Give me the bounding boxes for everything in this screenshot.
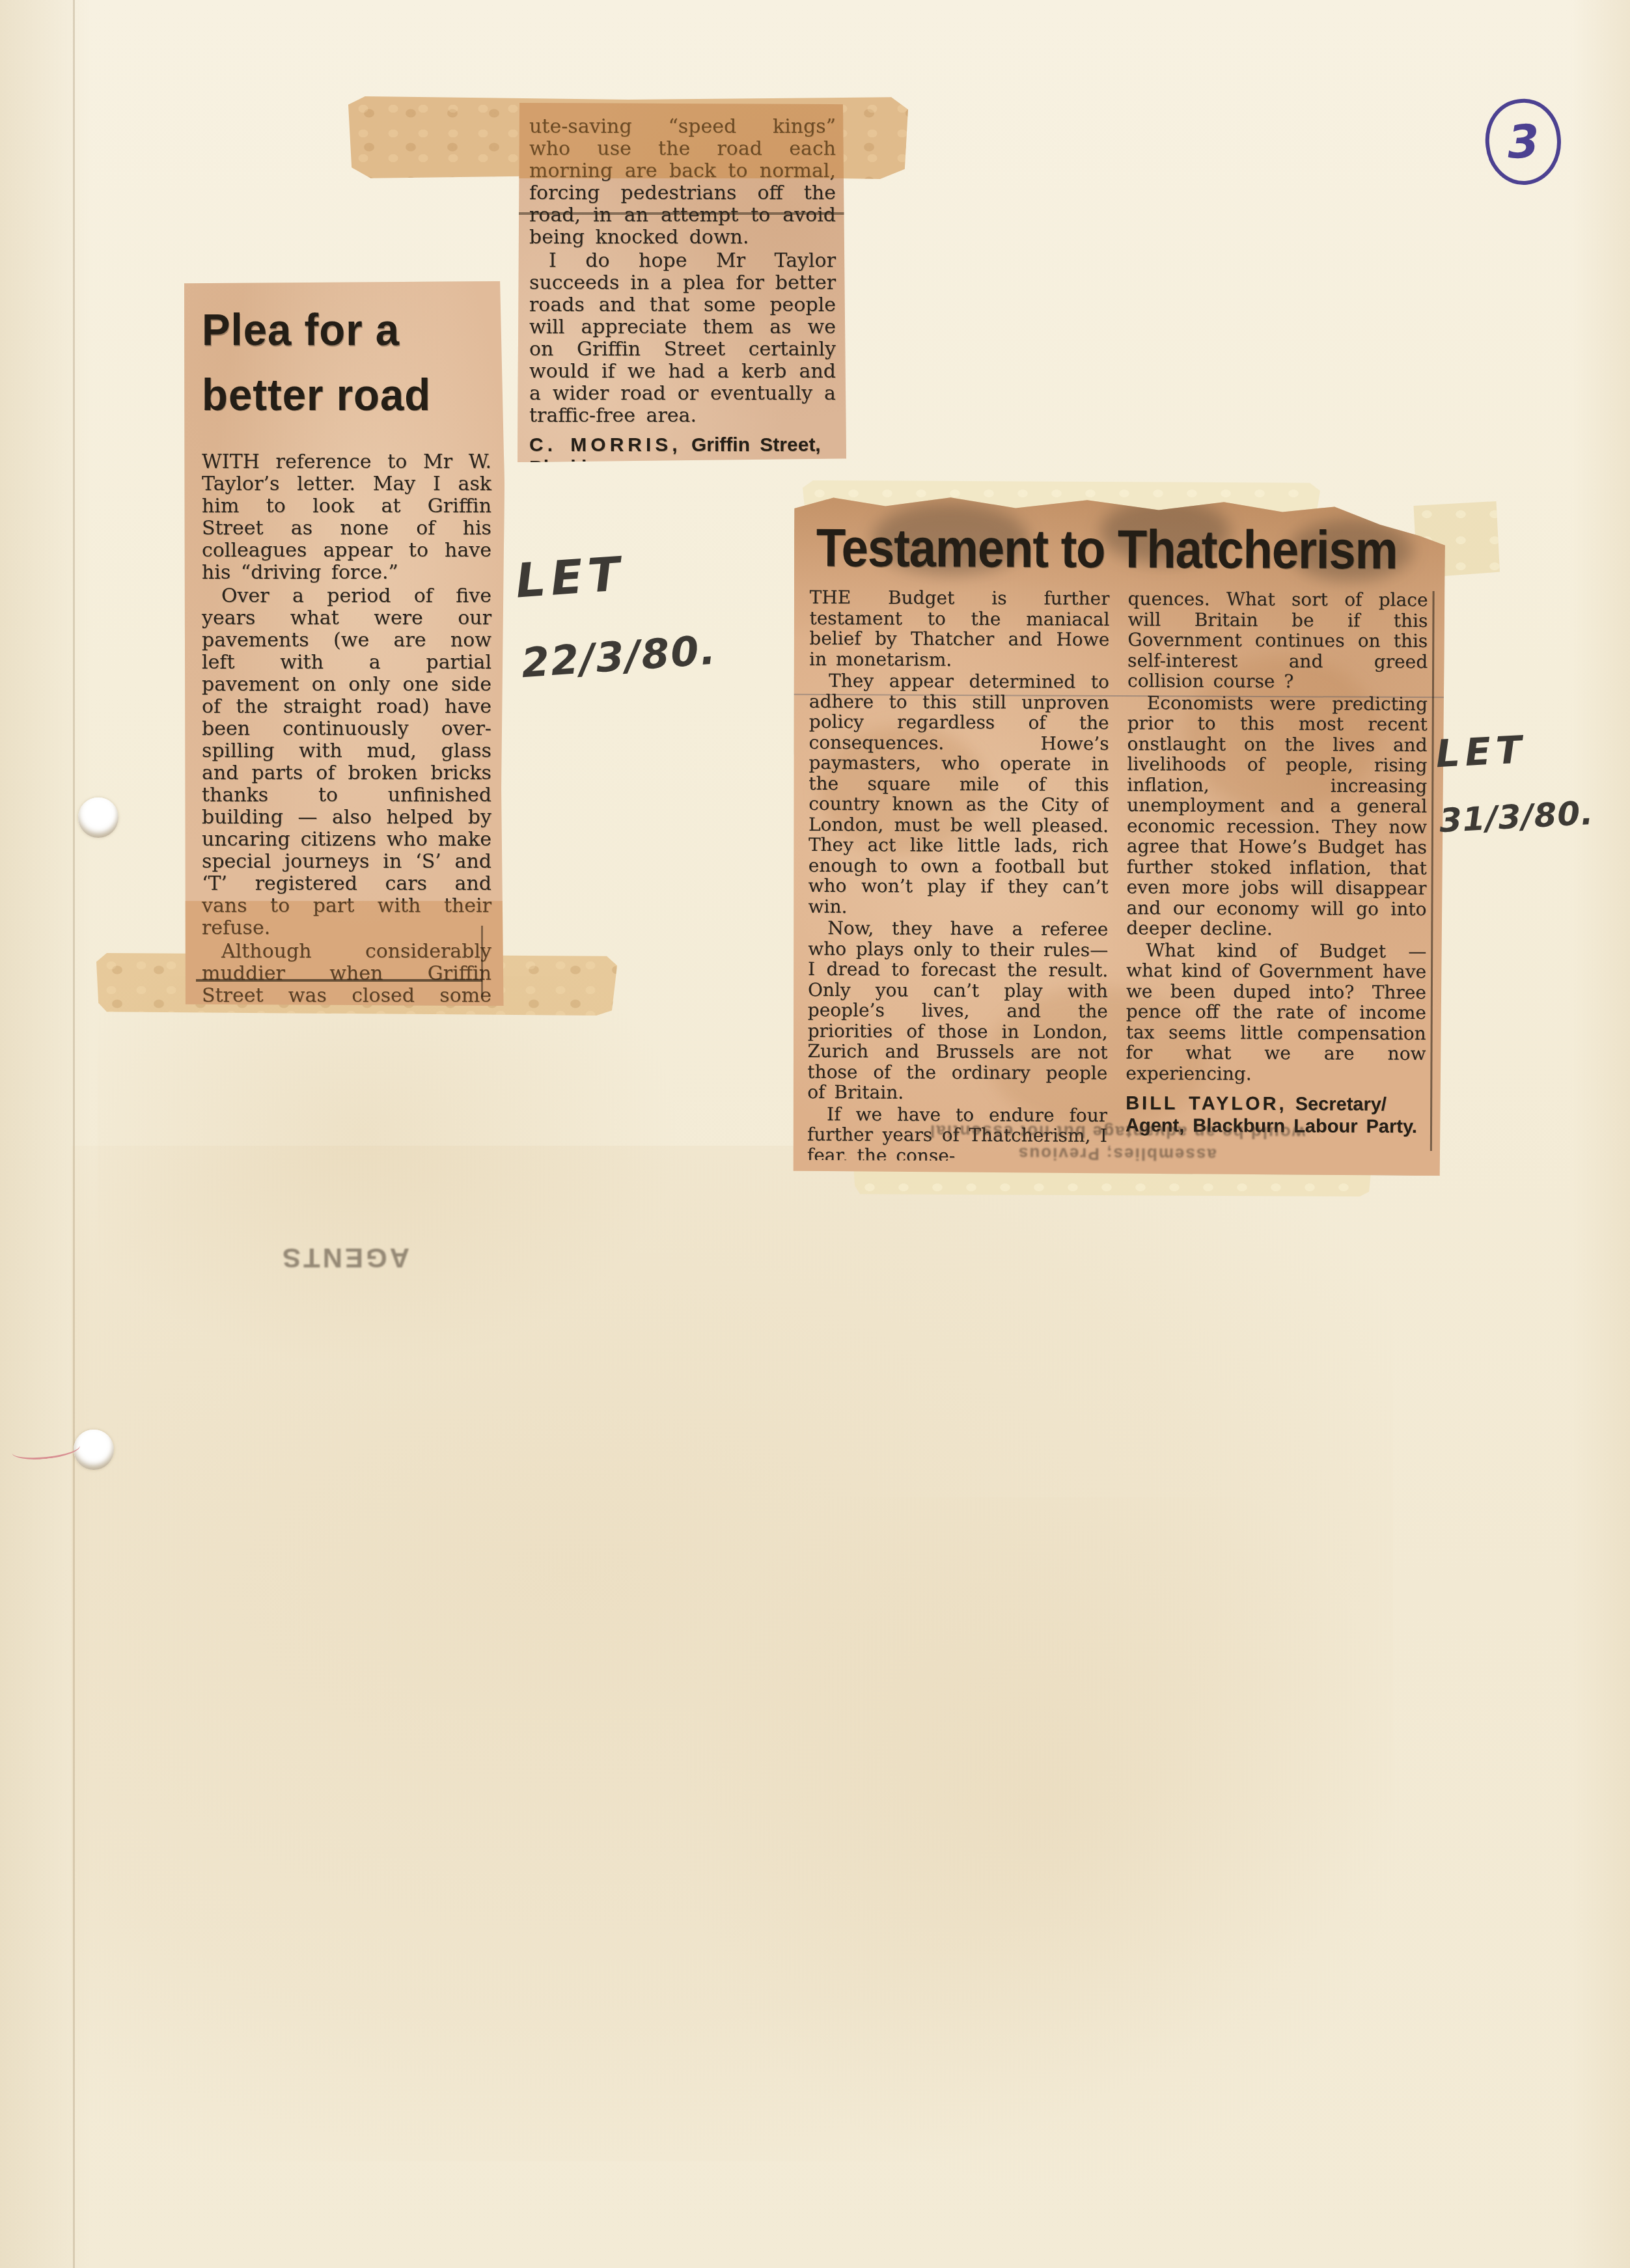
clipping-paragraph: Economists were predicting prior to this…	[1126, 693, 1428, 940]
clipping-paragraph: They appear determined to adhere to this…	[808, 671, 1109, 918]
punch-hole-top	[78, 797, 118, 838]
printed-rule	[196, 979, 482, 982]
page-number-circle: 3	[1481, 95, 1565, 188]
punch-hole-bottom	[74, 1430, 114, 1470]
handwritten-label: LET	[1435, 724, 1592, 776]
clipping-paragraph: THE Budget is further testament to the m…	[809, 587, 1110, 671]
printed-column-rule	[481, 926, 483, 997]
scrapbook-page-scan: { "page": { "number": "3" }, "annotation…	[0, 0, 1630, 2268]
signature-name: C. MORRIS,	[529, 434, 682, 456]
show-through-line: assemblies; Previous	[831, 1142, 1403, 1167]
page-stain-left	[98, 976, 684, 1367]
handwritten-label: LET	[514, 540, 713, 609]
headline-line-2: better road	[202, 362, 497, 426]
column-1: THE Budget is further testament to the m…	[807, 587, 1110, 1161]
clipping-plea-better-road: Plea for a better road WITH reference to…	[184, 281, 504, 1006]
handwritten-note-let-22-3-80: LET 22/3/80.	[514, 540, 718, 687]
clipping-paragraph: I do hope Mr Taylor succeeds in a plea f…	[529, 250, 836, 427]
handwritten-date: 31/3/80.	[1438, 794, 1594, 840]
column-2: quences. What sort of place will Britain…	[1126, 588, 1428, 1163]
show-through-text: AGENTS	[280, 1242, 409, 1273]
clipping-paragraph: WITH reference to Mr W. Taylor’s letter.…	[202, 451, 491, 584]
pink-thread	[11, 1437, 81, 1463]
headline-line-1: Plea for a	[202, 297, 497, 362]
clipping-speed-kings: ute-saving “speed kings” who use the roa…	[518, 103, 846, 462]
clipping-headline: Testament to Thatcherism	[816, 517, 1398, 581]
paper-left-edge	[73, 0, 75, 2268]
handwritten-note-let-31-3-80: LET 31/3/80.	[1435, 724, 1595, 840]
clipping-paragraph: Now, they have a referee who plays only …	[807, 918, 1108, 1104]
clipping-stain	[184, 901, 504, 1006]
signature-name: BILL TAYLOR,	[1126, 1093, 1287, 1114]
handwritten-date: 22/3/80.	[519, 626, 718, 687]
letter-signature: C. MORRIS, Griffin Street, Blackburn.	[529, 434, 836, 462]
show-through-line: would be an advantage but not essential	[831, 1120, 1403, 1144]
page-stain-lower-right	[684, 1497, 1400, 2181]
clipping-paragraph: quences. What sort of place will Britain…	[1127, 588, 1428, 693]
clipping-testament-to-thatcherism: Testament to Thatcherism THE Budget is f…	[792, 491, 1446, 1176]
page-number: 3	[1506, 115, 1540, 169]
clipping-paragraph: What kind of Budget — what kind of Gover…	[1126, 940, 1426, 1085]
tape-over-clipping	[518, 103, 846, 178]
page-stain-large	[72, 1146, 1393, 2161]
printed-column-rule	[1430, 591, 1435, 1151]
show-through-text-block: assemblies; Previous would be an advanta…	[831, 1120, 1403, 1167]
clipping-headline: Plea for a better road	[202, 297, 497, 427]
crease-line	[518, 212, 846, 215]
clipping-paragraph: Over a period of five years what were ou…	[202, 585, 491, 939]
